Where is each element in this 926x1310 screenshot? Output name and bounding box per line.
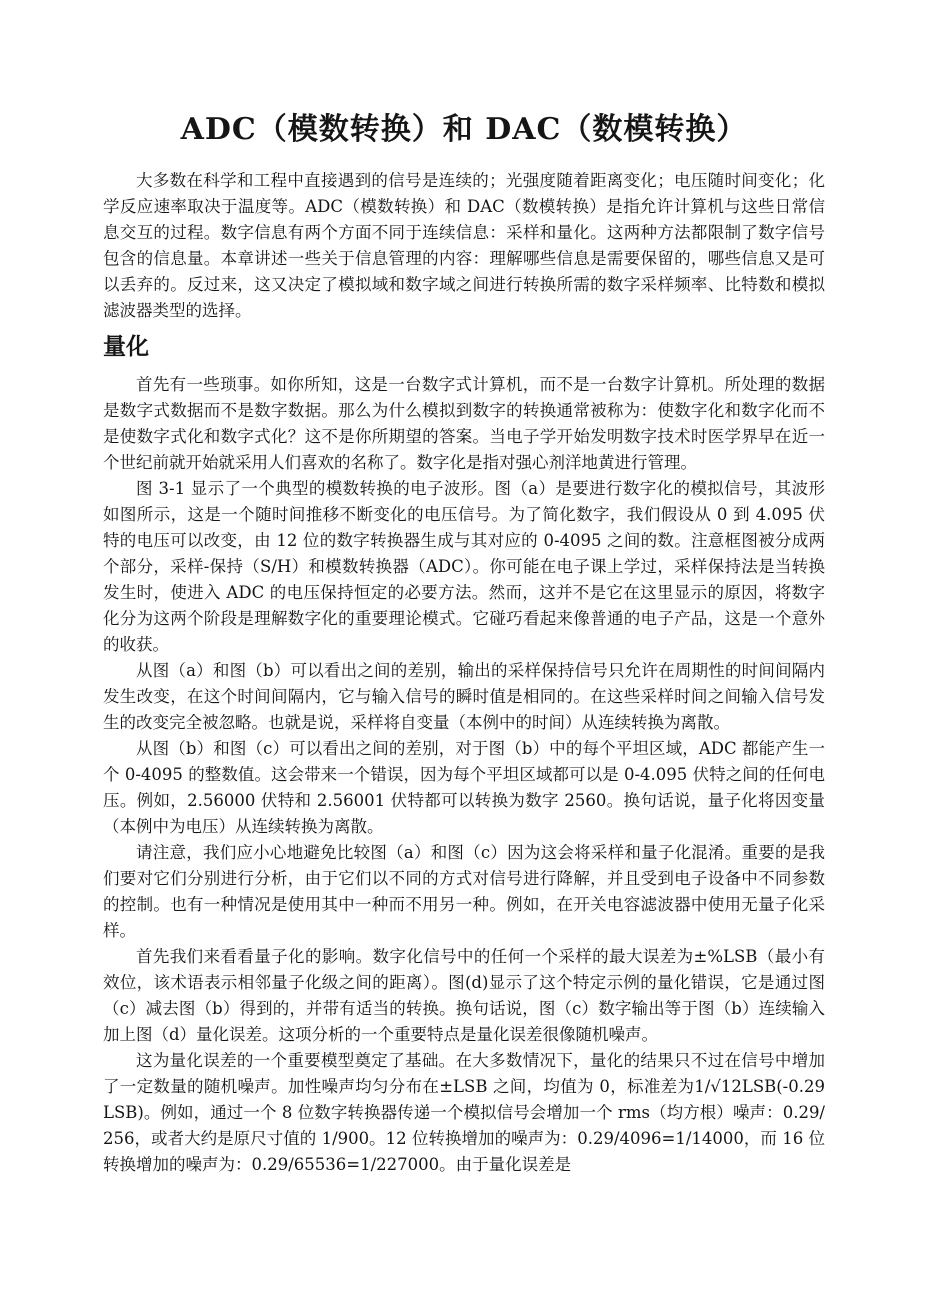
document-content: ADC（模数转换）和 DAC（数模转换） 大多数在科学和工程中直接遇到的信号是连… xyxy=(103,0,825,1178)
body-paragraph: 首先有一些琐事。如你所知，这是一台数字式计算机，而不是一台数字计算机。所处理的数… xyxy=(103,372,825,476)
body-paragraph: 首先我们来看看量子化的影响。数字化信号中的任何一个采样的最大误差为±%LSB（最… xyxy=(103,944,825,1048)
intro-paragraph: 大多数在科学和工程中直接遇到的信号是连续的；光强度随着距离变化；电压随时间变化；… xyxy=(103,168,825,324)
document-title: ADC（模数转换）和 DAC（数模转换） xyxy=(103,106,825,154)
section-heading-quantization: 量化 xyxy=(103,332,825,362)
body-paragraph: 从图（a）和图（b）可以看出之间的差别，输出的采样保持信号只允许在周期性的时间间… xyxy=(103,658,825,736)
body-paragraph: 请注意，我们应小心地避免比较图（a）和图（c）因为这会将采样和量子化混淆。重要的… xyxy=(103,840,825,944)
document-page: ADC（模数转换）和 DAC（数模转换） 大多数在科学和工程中直接遇到的信号是连… xyxy=(0,0,926,1310)
body-paragraph: 这为量化误差的一个重要模型奠定了基础。在大多数情况下，量化的结果只不过在信号中增… xyxy=(103,1048,825,1178)
body-paragraph: 从图（b）和图（c）可以看出之间的差别，对于图（b）中的每个平坦区域，ADC 都… xyxy=(103,736,825,840)
body-paragraph: 图 3-1 显示了一个典型的模数转换的电子波形。图（a）是要进行数字化的模拟信号… xyxy=(103,476,825,658)
